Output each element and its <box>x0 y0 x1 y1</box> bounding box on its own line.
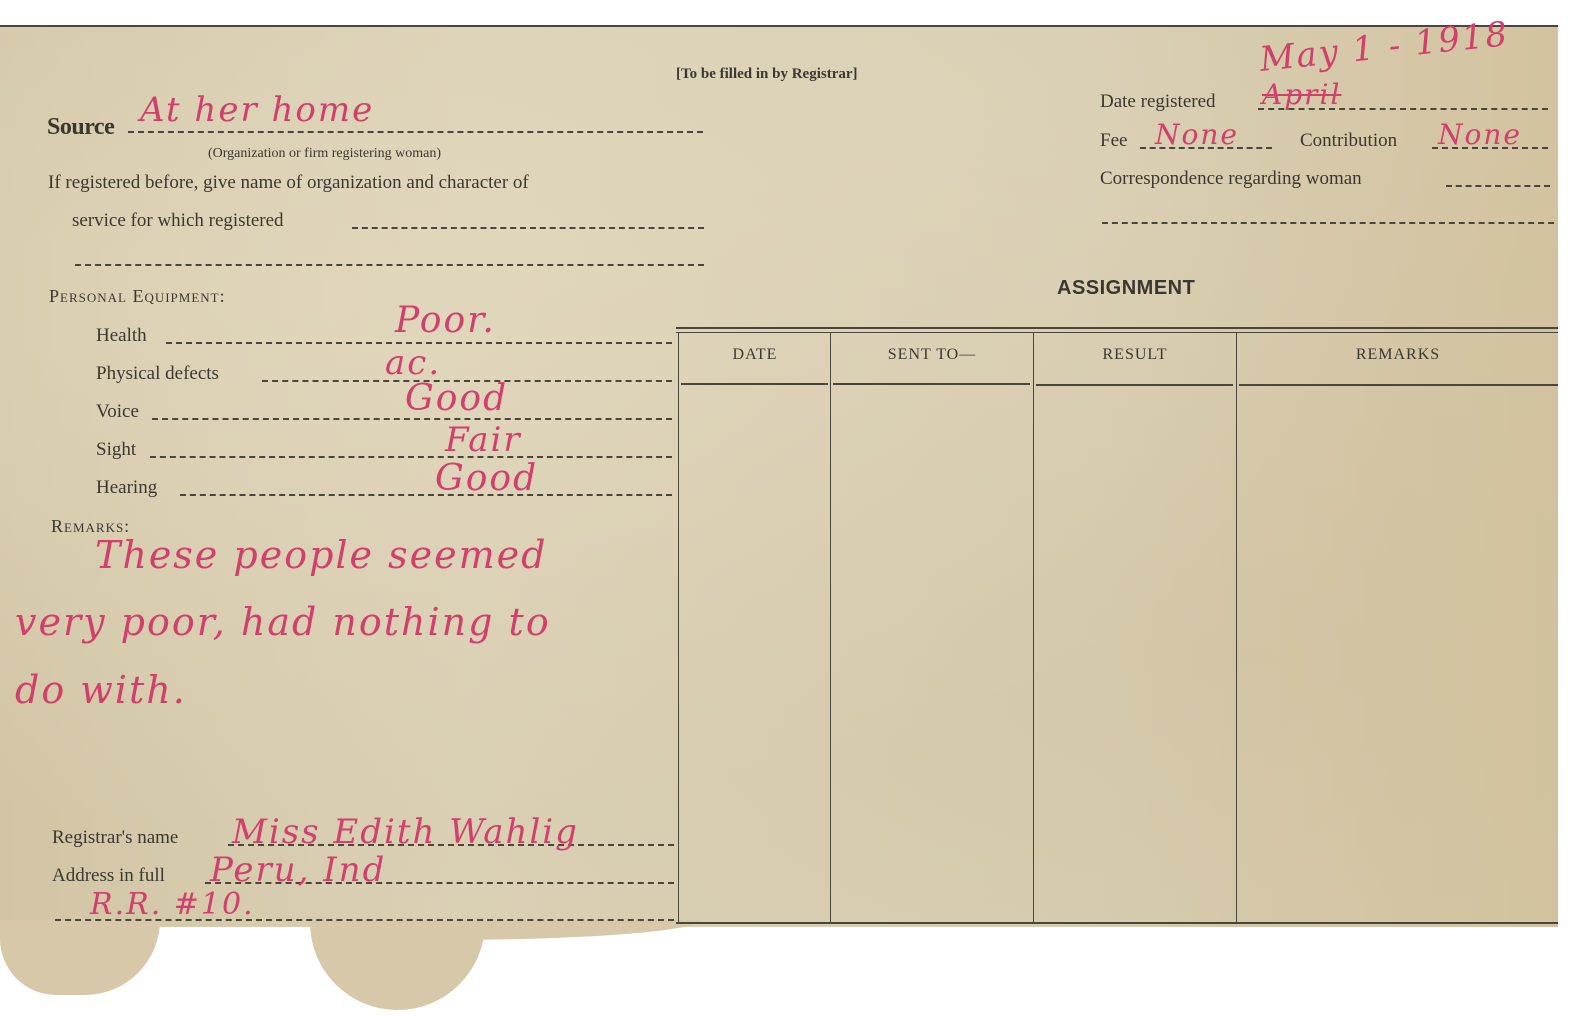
source-value[interactable]: At her home <box>140 90 374 130</box>
hearing-line <box>180 494 672 496</box>
address-value[interactable]: Peru, Ind <box>210 850 386 890</box>
col-header-result: RESULT <box>1035 346 1235 364</box>
header-underline-remarks <box>1239 384 1558 386</box>
card-tab-left <box>0 920 160 995</box>
col-header-remarks: REMARKS <box>1238 346 1558 364</box>
hearing-value[interactable]: Good <box>435 458 538 499</box>
source-caption: (Organization or firm registering woman) <box>208 146 441 162</box>
contribution-label: Contribution <box>1300 130 1397 152</box>
assignment-result-cell[interactable] <box>1035 388 1234 920</box>
registrar-note: [To be filled in by Registrar] <box>676 66 858 83</box>
previous-registration-field[interactable] <box>352 227 704 229</box>
date-struck-value: April <box>1262 78 1341 111</box>
correspondence-line[interactable] <box>1446 185 1550 187</box>
physical-defects-label: Physical defects <box>96 363 219 385</box>
remarks-line-1[interactable]: These people seemed <box>95 533 547 577</box>
header-underline-result <box>1036 384 1233 386</box>
col-header-date: DATE <box>680 346 830 364</box>
contribution-value[interactable]: None <box>1438 118 1522 151</box>
sight-line <box>150 456 672 458</box>
voice-value[interactable]: Good <box>405 378 508 419</box>
assignment-title: ASSIGNMENT <box>1057 277 1195 300</box>
source-label: Source <box>47 114 114 141</box>
fee-value[interactable]: None <box>1155 118 1239 151</box>
col-divider-1 <box>830 333 831 923</box>
address-line2-value[interactable]: R.R. #10. <box>90 887 255 922</box>
voice-label: Voice <box>96 401 139 423</box>
card-bottom-edge <box>676 922 1558 924</box>
previous-registration-line1: If registered before, give name of organ… <box>48 172 529 194</box>
remarks-line-2[interactable]: very poor, had nothing to <box>15 600 551 644</box>
col-divider-3 <box>1236 333 1237 923</box>
previous-registration-line2: service for which registered <box>72 210 284 232</box>
assignment-sent-to-cell[interactable] <box>832 388 1031 920</box>
card-tab-right-slope <box>440 920 700 940</box>
header-underline-sent-to <box>833 383 1030 385</box>
col-divider-2 <box>1033 333 1034 923</box>
remarks-line-3[interactable]: do with. <box>15 668 187 712</box>
personal-equipment-title: Personal Equipment: <box>49 286 226 307</box>
col-header-sent-to: SENT TO— <box>832 346 1032 364</box>
source-line <box>128 131 703 133</box>
assignment-top-rule <box>676 327 1558 329</box>
address-label: Address in full <box>52 865 165 887</box>
registrar-name-value[interactable]: Miss Edith Wahlig <box>232 812 579 852</box>
assignment-top-rule-2 <box>676 332 1558 333</box>
assignment-date-cell[interactable] <box>680 388 828 920</box>
physical-defects-value[interactable]: ac. <box>385 343 441 383</box>
sight-value[interactable]: Fair <box>445 420 522 460</box>
date-registered-label: Date registered <box>1100 91 1216 113</box>
correspondence-line-2[interactable] <box>1102 222 1554 224</box>
registrar-name-label: Registrar's name <box>52 827 178 849</box>
fee-label: Fee <box>1100 130 1127 152</box>
sight-label: Sight <box>96 439 136 461</box>
health-label: Health <box>96 325 147 347</box>
header-underline-date <box>681 383 828 385</box>
hearing-label: Hearing <box>96 477 157 499</box>
assignment-left-border <box>678 333 679 923</box>
health-value[interactable]: Poor. <box>395 300 496 341</box>
correspondence-label: Correspondence regarding woman <box>1100 168 1362 190</box>
assignment-remarks-cell[interactable] <box>1238 388 1556 920</box>
previous-registration-field-2[interactable] <box>75 264 704 266</box>
